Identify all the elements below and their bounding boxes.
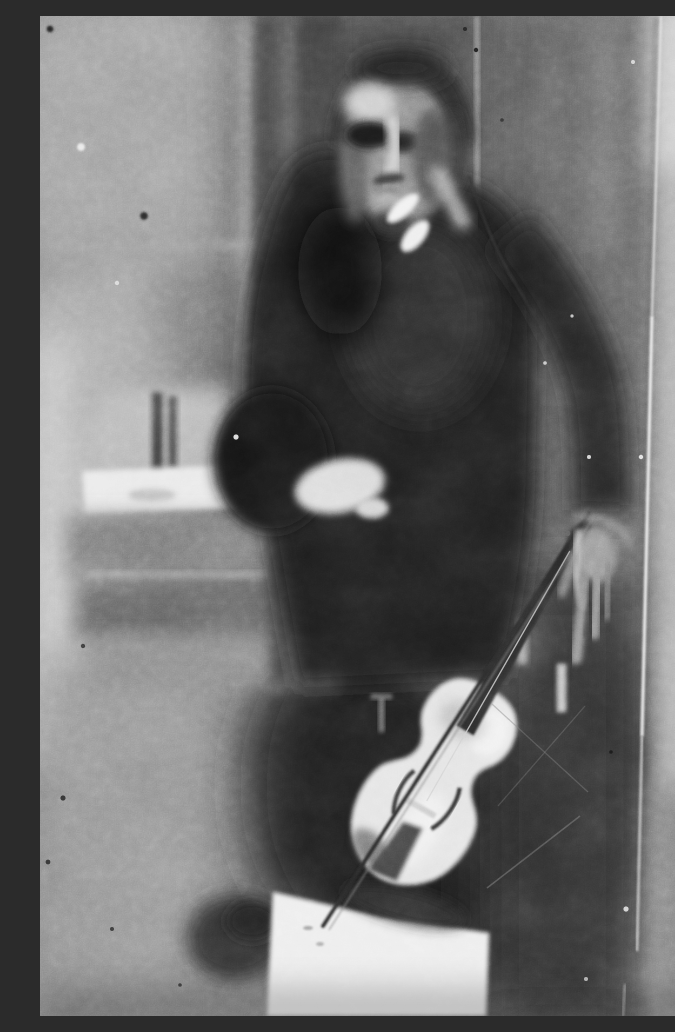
film-grain: [40, 16, 675, 1016]
grain-fine-layer: [40, 16, 675, 1016]
bottom-vignette: [40, 988, 675, 1016]
photograph: Vintage monochrome photograph: a young m…: [40, 16, 675, 1016]
photo-canvas: [40, 16, 675, 1016]
